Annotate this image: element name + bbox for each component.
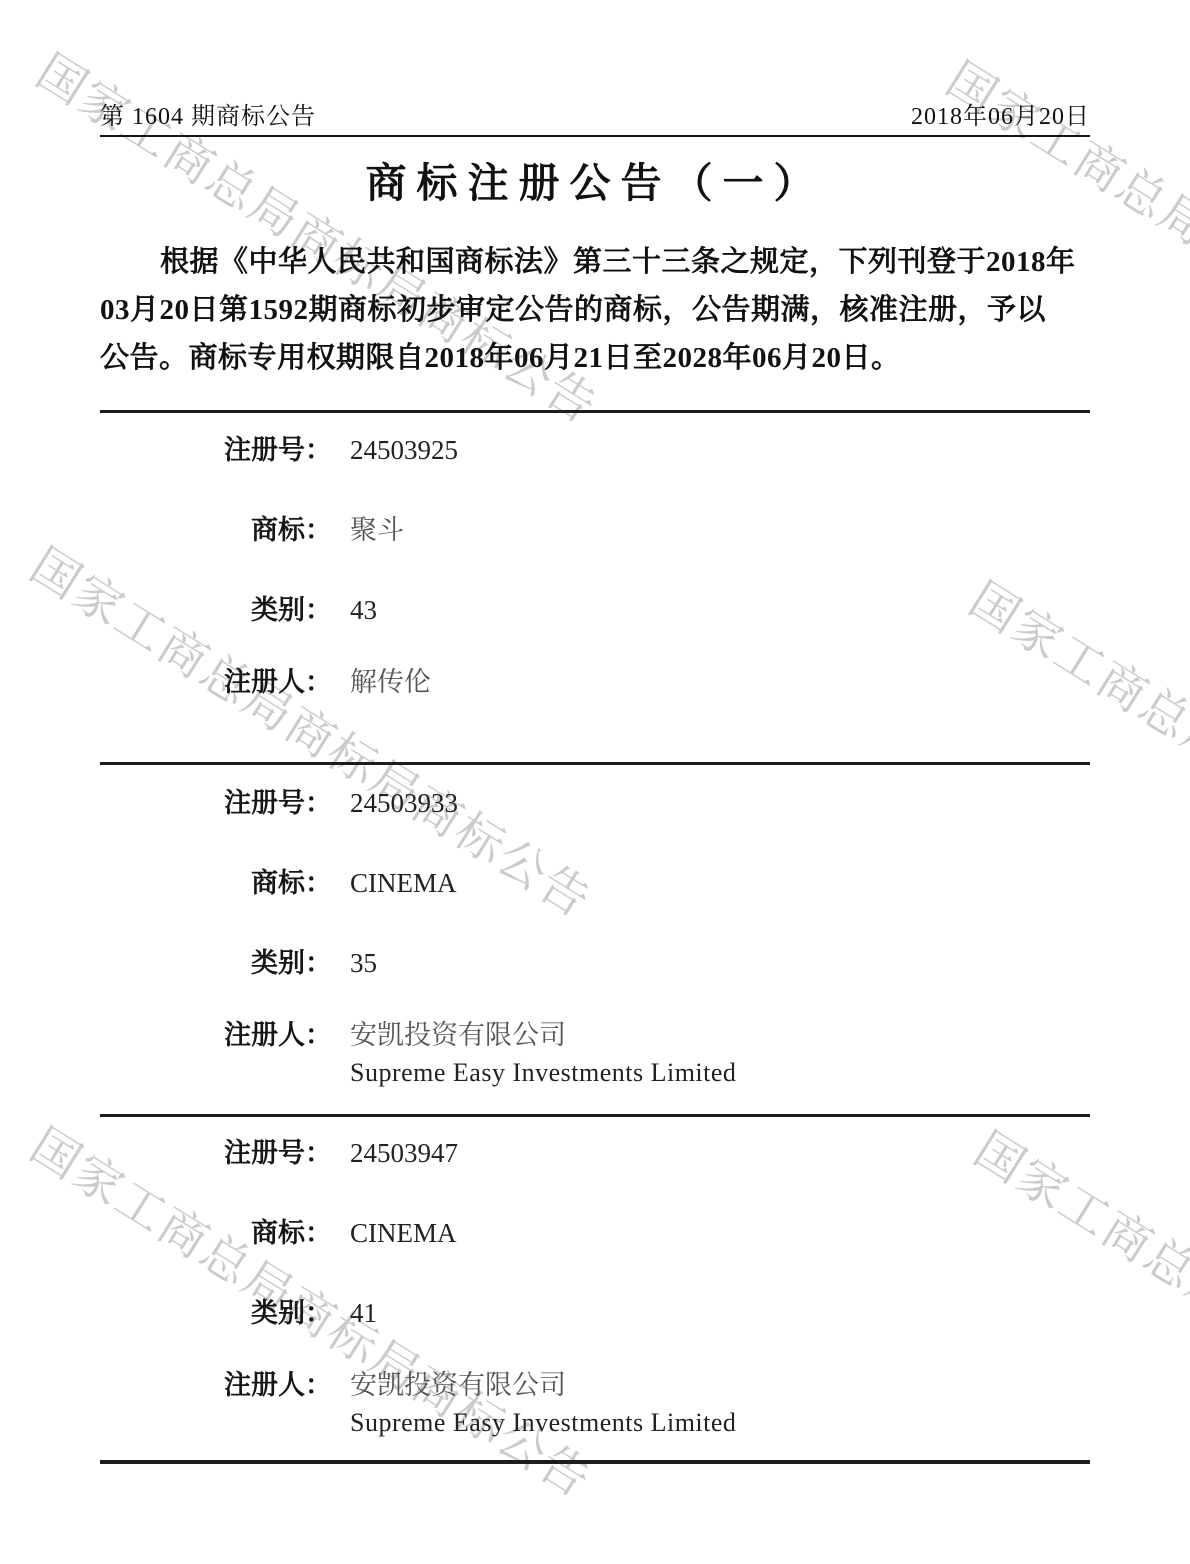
trademark-label: 商标：	[100, 1216, 332, 1250]
registration-number-value: 24503947	[350, 1136, 458, 1170]
registration-number-row: 注册号： 24503933	[100, 786, 458, 820]
registrant-value: 安凯投资有限公司	[350, 1018, 566, 1052]
registrant-label: 注册人：	[100, 1368, 332, 1402]
registration-number-value: 24503925	[350, 433, 458, 467]
registrant-value: 安凯投资有限公司	[350, 1368, 566, 1402]
record-separator	[100, 762, 1090, 765]
intro-line: 公告。商标专用权期限自2018年06月21日至2028年06月20日。	[100, 334, 1090, 382]
trademark-row: 商标： CINEMA	[100, 866, 457, 900]
category-value: 35	[350, 946, 377, 980]
trademark-value: CINEMA	[350, 1216, 457, 1250]
record-separator	[100, 410, 1090, 413]
header-rule	[100, 135, 1090, 137]
registration-number-label: 注册号：	[100, 433, 332, 467]
registrant-label: 注册人：	[100, 1018, 332, 1052]
category-value: 43	[350, 593, 377, 627]
category-row: 类别： 41	[100, 1296, 377, 1330]
registrant-english-value: Supreme Easy Investments Limited	[350, 1056, 736, 1090]
record-separator	[100, 1114, 1090, 1117]
registrant-english-value: Supreme Easy Investments Limited	[350, 1406, 736, 1440]
registration-number-row: 注册号： 24503925	[100, 433, 458, 467]
registrant-row: 注册人： 安凯投资有限公司	[100, 1368, 566, 1402]
registration-number-row: 注册号： 24503947	[100, 1136, 458, 1170]
category-label: 类别：	[100, 1296, 332, 1330]
registration-number-value: 24503933	[350, 786, 458, 820]
category-row: 类别： 43	[100, 593, 377, 627]
registrant-value: 解传伦	[350, 665, 431, 699]
page-bottom-rule	[100, 1460, 1090, 1464]
category-value: 41	[350, 1296, 377, 1330]
intro-paragraph: 根据《中华人民共和国商标法》第三十三条之规定，下列刊登于2018年 03月20日…	[100, 238, 1090, 382]
category-row: 类别： 35	[100, 946, 377, 980]
trademark-value: 聚斗	[350, 513, 404, 547]
intro-line: 根据《中华人民共和国商标法》第三十三条之规定，下列刊登于2018年	[100, 238, 1090, 286]
intro-line: 03月20日第1592期商标初步审定公告的商标，公告期满，核准注册，予以	[100, 286, 1090, 334]
diagonal-watermark: 国家工商总局商标局商标公告	[963, 1112, 1190, 1515]
trademark-label: 商标：	[100, 866, 332, 900]
page-title: 商标注册公告（一）	[0, 150, 1190, 209]
gazette-date: 2018年06月20日	[911, 96, 1090, 131]
registrant-row: 注册人： 解传伦	[100, 665, 431, 699]
trademark-label: 商标：	[100, 513, 332, 547]
trademark-value: CINEMA	[350, 866, 457, 900]
registrant-english-row: Supreme Easy Investments Limited	[350, 1056, 736, 1090]
registration-number-label: 注册号：	[100, 1136, 332, 1170]
category-label: 类别：	[100, 946, 332, 980]
gazette-page: 国家工商总局商标局商标公告 国家工商总局商标局商标公告 国家工商总局商标局商标公…	[0, 0, 1190, 1564]
gazette-issue-label: 第 1604 期商标公告	[100, 96, 316, 131]
category-label: 类别：	[100, 593, 332, 627]
registrant-english-row: Supreme Easy Investments Limited	[350, 1406, 736, 1440]
trademark-row: 商标： 聚斗	[100, 513, 404, 547]
registrant-row: 注册人： 安凯投资有限公司	[100, 1018, 566, 1052]
registrant-label: 注册人：	[100, 665, 332, 699]
registration-number-label: 注册号：	[100, 786, 332, 820]
trademark-row: 商标： CINEMA	[100, 1216, 457, 1250]
